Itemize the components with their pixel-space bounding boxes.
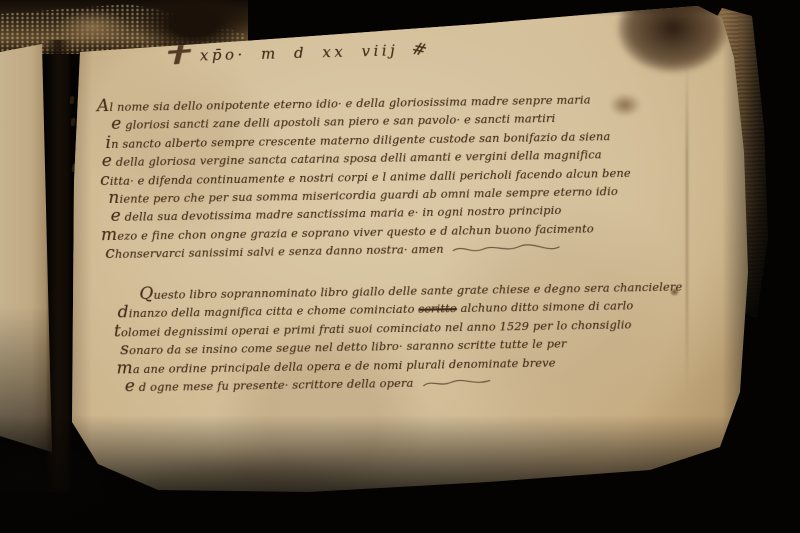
manuscript-line-text: dinanzo della magnifica citta e chome co… bbox=[118, 303, 419, 321]
closing-flourish-icon bbox=[421, 377, 491, 390]
manuscript-line-text: chonservarci sanissimi salvi e senza dan… bbox=[105, 243, 444, 261]
binding-gutter bbox=[46, 40, 72, 492]
amen-flourish-icon bbox=[452, 242, 562, 256]
year-invocation: xp̄o· m d xx viij bbox=[200, 41, 399, 64]
paragraph-1: Al nome sia dello onipotente eterno idio… bbox=[97, 90, 632, 264]
manuscript-photo: ✝ xp̄o· m d xx viij # Al nome sia dello … bbox=[0, 0, 800, 533]
manuscript-line-text: alchuno ditto simone di carlo bbox=[457, 300, 634, 316]
hash-mark-icon: # bbox=[409, 39, 430, 61]
foxing-stain bbox=[138, 454, 368, 500]
manuscript-page: ✝ xp̄o· m d xx viij # Al nome sia dello … bbox=[58, 2, 754, 512]
paragraph-2: Questo libro soprannominato libro giallo… bbox=[113, 278, 684, 397]
manuscript-line-text: e d ogne mese fu presente· scrittore del… bbox=[125, 377, 414, 395]
sewing-thread bbox=[69, 96, 74, 104]
spine-leather-patch bbox=[58, 10, 128, 44]
page-crease bbox=[686, 60, 688, 390]
cancelled-word: scritto bbox=[418, 302, 457, 316]
corner-stain bbox=[618, 0, 728, 72]
sewing-thread bbox=[70, 118, 75, 126]
